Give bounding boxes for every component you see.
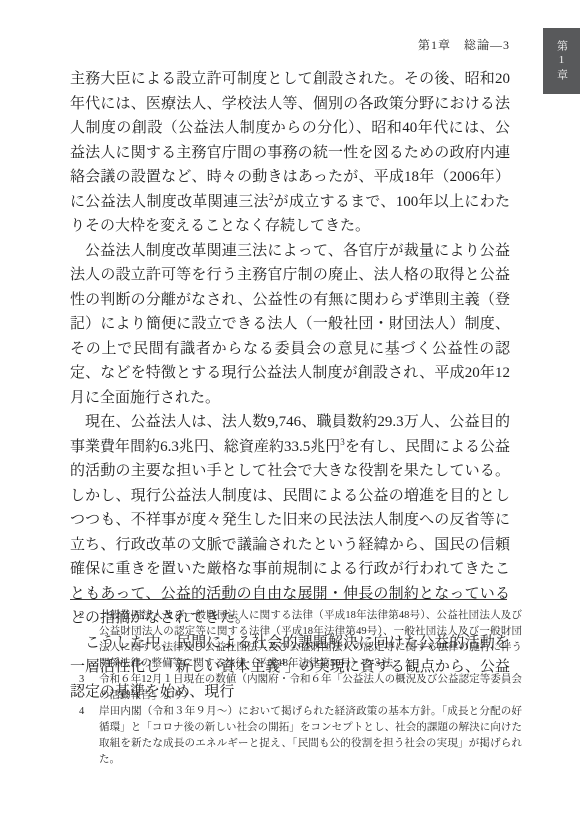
- footnote-text: 岸田内閣（令和３年９月〜）において掲げられた経済政策の基本方針。「成長と分配の好…: [99, 704, 522, 768]
- footnote-text: 令和６年12月１日現在の数値（内閣府・令和６年「公益法人の概況及び公益認定等委員…: [99, 672, 522, 704]
- paragraph-text: 主務大臣による設立許可制度として創設された。その後、昭和20年代には、医療法人、…: [70, 71, 510, 210]
- document-page: 第1章 総論―3 第1章 主務大臣による設立許可制度として創設された。その後、昭…: [0, 0, 580, 820]
- footnote-2: 2 一般社団法人及び一般財団法人に関する法律（平成18年法律第48号）、公益社団…: [70, 608, 522, 672]
- body-paragraph-3: 現在、公益法人は、法人数9,746、職員数約29.3万人、公益目的事業費年間約6…: [70, 410, 510, 631]
- footnote-number: 4: [70, 704, 99, 768]
- paragraph-text: を有し、民間による公益的活動の主要な担い手として社会で大きな役割を果たしている。…: [70, 439, 510, 627]
- body-paragraph-1: 主務大臣による設立許可制度として創設された。その後、昭和20年代には、医療法人、…: [70, 67, 510, 239]
- footnote-3: 3 令和６年12月１日現在の数値（内閣府・令和６年「公益法人の概況及び公益認定等…: [70, 672, 522, 704]
- footnote-text: 一般社団法人及び一般財団法人に関する法律（平成18年法律第48号）、公益社団法人…: [99, 608, 522, 672]
- running-header: 第1章 総論―3: [70, 36, 510, 53]
- footnote-number: 2: [70, 608, 99, 672]
- body-paragraph-2: 公益法人制度改革関連三法によって、各官庁が裁量により公益法人の設立許可等を行う主…: [70, 239, 510, 411]
- footnote-number: 3: [70, 672, 99, 704]
- paragraph-text: 公益法人制度改革関連三法によって、各官庁が裁量により公益法人の設立許可等を行う主…: [70, 243, 510, 406]
- footnote-4: 4 岸田内閣（令和３年９月〜）において掲げられた経済政策の基本方針。「成長と分配…: [70, 704, 522, 768]
- footnote-separator: [70, 599, 507, 600]
- chapter-tab: 第1章: [543, 28, 580, 94]
- footnotes-section: 2 一般社団法人及び一般財団法人に関する法律（平成18年法律第48号）、公益社団…: [70, 599, 522, 768]
